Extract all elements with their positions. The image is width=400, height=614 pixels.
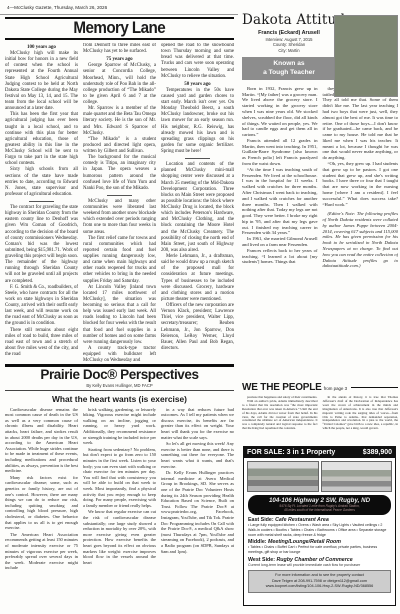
paragraph-group: McClusky and many other communities were… [83, 199, 156, 364]
prairie-doc-title: Prairie Doc® Perspectives [5, 368, 234, 382]
paragraph-group: in a way that reduces future bad outcome… [161, 407, 234, 554]
memory-lane-column-2: from Denhoff to three miles east of McCl… [83, 43, 156, 365]
paragraph: The contract for graveling the state hig… [5, 205, 78, 285]
paragraph: Cardiovascular disease remains the most … [5, 407, 78, 474]
paragraph: There still remains about eight miles of… [5, 328, 78, 359]
paragraph: “At the time I was teaching south of Fes… [242, 167, 318, 236]
continued-paragraph: from Denhoff to three miles east of McCl… [83, 43, 156, 55]
paragraph-group: In the annals of history, it is true tha… [323, 396, 399, 431]
paragraph: Officers of the new corporation are Vern… [161, 303, 234, 352]
section-divider [185, 158, 210, 159]
property-address: 104-106 Highway 2 SW, Rugby, ND [250, 497, 389, 504]
section-divider [107, 195, 132, 196]
portrait-photo [334, 15, 398, 97]
subject-meta: Francis (Eckard) Arusell Interview: Augu… [242, 30, 336, 53]
prairie-doc-byline: By Kelly Evans Hullinger, MD FACP [5, 383, 234, 388]
paragraph: “Oh, yes, they grew up. I had students t… [323, 161, 399, 207]
east-side-bullets: • Large fully equipped kitchen • Ovens •… [248, 523, 391, 538]
thin-rule [5, 390, 234, 391]
memory-lane-columns: 100 years ago McClusky high will make it… [5, 43, 234, 365]
memory-lane-section: Memory Lane 100 years ago McClusky high … [5, 17, 234, 365]
memory-lane-column-3: opened the road to the snowbound town Th… [161, 43, 234, 365]
article-kicker-banner: Known as a Tough Teacher [242, 57, 336, 80]
we-the-people-header: WE THE PEOPLE from page 3 [242, 382, 398, 393]
paragraph: So let's all get moving this week! Any e… [161, 441, 234, 469]
header-rule [351, 387, 398, 388]
ad-address-banner: 104-106 Highway 2 SW, Rugby, ND 5476 Sq … [248, 495, 391, 515]
paragraph: The American Heart Association recommend… [5, 532, 78, 571]
paragraph-group: McClusky high will make its initial bow … [5, 51, 78, 198]
we-the-people-section: WE THE PEOPLE from page 3 promote that h… [242, 382, 398, 444]
masthead-rule [0, 14, 238, 15]
paragraph: Mr. Sparrow is a member of the male quar… [83, 106, 156, 137]
prairie-doc-section: Prairie Doc® Perspectives By Kelly Evans… [5, 364, 234, 593]
ad-photos [244, 458, 395, 493]
we-the-people-title: WE THE PEOPLE [242, 382, 322, 393]
we-the-people-columns: promote that happiness and safety of the… [242, 396, 398, 444]
paragraph: George Sparrow of McClusky, a senior at … [83, 63, 156, 106]
paragraph-group: Location and contents of the planned McC… [161, 162, 234, 352]
property-photo-1 [247, 461, 319, 492]
paragraph: Dr. Kelly Evans Hullinger practices inte… [161, 470, 234, 554]
property-photo-2 [321, 461, 393, 492]
section-divider [29, 201, 54, 202]
prairie-doc-headline: What the heart wants (is exercise) [5, 394, 234, 404]
paragraph: The background for the musical comedy is… [83, 155, 156, 192]
section-heading-100-years: 100 years ago [5, 45, 78, 50]
dakota-attitude-section: Dakota Attitude Francis (Eckard) Arusell… [242, 12, 398, 360]
ad-contact-box[interactable]: For more information and to see the prop… [248, 570, 391, 593]
paragraph-group: Temperatures in the 50s have caused yard… [161, 88, 234, 155]
paragraph: Born in 1932, Francis grew up in Martin.… [242, 86, 318, 138]
prairie-doc-column-3: in a way that reduces future bad outcome… [161, 407, 234, 593]
paragraph: Francis attended all 12 grades in Martin… [242, 138, 318, 167]
for-sale-ad: FOR SALE: 3 in 1 Property $389,900 104-1… [243, 446, 396, 606]
prairie-doc-columns: Cardiovascular disease remains the most … [5, 407, 234, 593]
paragraph: A county track-type tractor equipped wit… [83, 346, 156, 364]
masthead: 4—McClusky Gazette, Thursday, March 26, … [7, 5, 107, 10]
paragraph: Location and contents of the planned McC… [161, 162, 234, 254]
lease-note: Current long-term lease will provide imm… [244, 563, 395, 567]
editors-note: (Editor's Note: The following profiles o… [323, 211, 399, 269]
paragraph: In the annals of history, it is true tha… [323, 396, 399, 431]
dakota-attitude-columns: Born in 1932, Francis grew up in Martin.… [242, 86, 398, 336]
paragraph: Merle Lehmann, Jr., a draftsman, said he… [161, 254, 234, 303]
ad-east-section: East Side: Cafe Restaurant Area • Large … [244, 517, 395, 538]
paragraph: In 1961, she married Gilmond Arusell and… [242, 236, 318, 248]
paragraph: brisk walking, gardening, or leisurely b… [83, 407, 156, 446]
continued-from-label: from page 3 [324, 386, 347, 391]
paragraph: “The Mikado” is a student produced and d… [83, 137, 156, 155]
contact-line: www.loopnet.com/listing/104-106-Hwy-2-SW… [250, 584, 389, 590]
memory-lane-title: Memory Lane [74, 20, 166, 37]
paragraph: they weren't supposed to tell. They tatt… [323, 86, 399, 161]
paragraph: With an author's pride, Adams immediatel… [242, 400, 318, 431]
contact-lines: For more information and to see the prop… [250, 573, 389, 590]
paragraph: Temperatures in the 50s have caused yard… [161, 88, 234, 155]
newspaper-page: 4—McClusky Gazette, Thursday, March 26, … [0, 0, 400, 614]
paragraph: We know that regular exercise can cut th… [83, 509, 156, 565]
east-side-label: East Side: [248, 517, 275, 523]
ad-title: FOR SALE: 3 in 1 Property [247, 449, 335, 456]
paragraph: This has been the first year that agricu… [5, 112, 78, 167]
paragraph-group: The contract for graveling the state hig… [5, 205, 78, 358]
ad-price: $389,900 [363, 449, 392, 456]
ad-middle-section: Middle: Meeting/Lounge/Retail Room • Tab… [244, 539, 395, 555]
continued-paragraph: opened the road to the snowbound town Th… [161, 43, 234, 80]
memory-lane-banner: Memory Lane [5, 17, 234, 40]
paragraph: Starting from sedentary? No problem, but… [83, 447, 156, 509]
paragraph-group: brisk walking, gardening, or leisurely b… [83, 407, 156, 566]
paragraph-group: Born in 1932, Francis grew up in Martin.… [242, 86, 318, 265]
paragraph-group: George Sparrow of McClusky, a senior at … [83, 63, 156, 192]
paragraph: Frances reflects back to her years of te… [242, 248, 318, 265]
ad-header-bar: FOR SALE: 3 in 1 Property $389,900 [244, 447, 395, 458]
wtp-column-2: In the annals of history, it is true tha… [323, 396, 399, 444]
section-heading-75-years: 75 years ago [83, 57, 156, 62]
kicker-line-2: a Tough Teacher [242, 69, 336, 78]
paragraph: McClusky high will make its initial bow … [5, 51, 78, 112]
dakota-column-2: they weren't supposed to tell. They tatt… [323, 86, 399, 336]
paragraph: Many risk factors exist for cardiovascul… [5, 475, 78, 531]
paragraph: Sixty high schools from all sections of … [5, 167, 78, 198]
subject-city: City: Martin [242, 48, 336, 53]
paragraph-group: they weren't supposed to tell. They tatt… [323, 86, 399, 207]
paragraph: in a way that reduces future bad outcome… [161, 407, 234, 441]
prairie-doc-column-2: brisk walking, gardening, or leisurely b… [83, 407, 156, 593]
dakota-column-1: Born in 1932, Francis grew up in Martin.… [242, 86, 318, 336]
subject-name: Francis (Eckard) Arusell [242, 30, 336, 37]
prairie-doc-column-1: Cardiovascular disease remains the most … [5, 407, 78, 593]
paragraph: At Lincoln Valley [inland town located 1… [83, 285, 156, 346]
property-detail-line-2: 45 miles south of the International Peac… [250, 508, 389, 512]
east-side-title: Cafe Restaurant Area [275, 517, 329, 523]
paragraph: McClusky and many other communities were… [83, 199, 156, 236]
kicker-line-1: Known as [242, 60, 336, 69]
section-heading-50-years: 50 years ago [161, 82, 234, 87]
memory-lane-column-1: 100 years ago McClusky high will make it… [5, 43, 78, 365]
paragraph-group: promote that happiness and safety of the… [242, 396, 318, 431]
middle-bullets: • Tables • Chairs • Buffet Cart • Perfec… [248, 545, 391, 555]
paragraph: The first relief came for towns and rura… [83, 236, 156, 285]
paragraph: F. G. Smith & Co., roadbuilders, of Stee… [5, 285, 78, 328]
wtp-column-1: promote that happiness and safety of the… [242, 396, 318, 444]
paragraph-group: Cardiovascular disease remains the most … [5, 407, 78, 571]
